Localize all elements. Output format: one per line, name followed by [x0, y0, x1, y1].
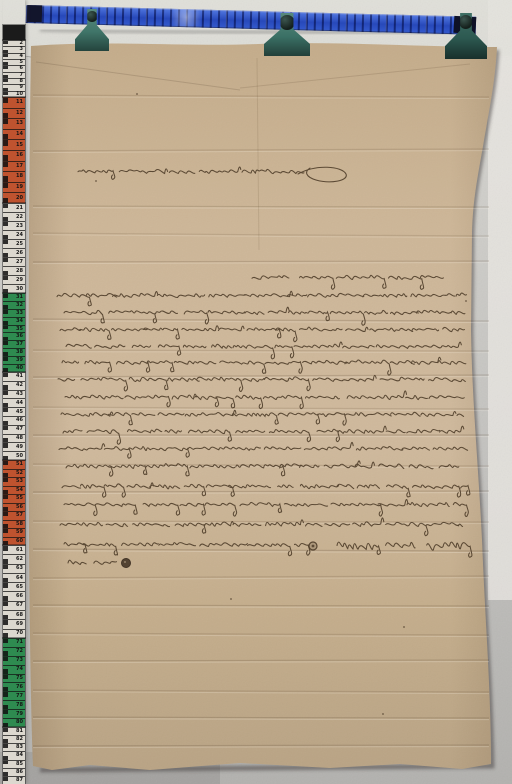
ruler-number: 48: [3, 434, 25, 443]
ruler-number: 21: [3, 203, 25, 212]
ruler-number: 23: [3, 221, 25, 230]
ruler-band: 2345678910: [3, 40, 25, 97]
ruler-number: 45: [3, 407, 25, 416]
ruler-number: 71: [3, 638, 25, 647]
ruler-number: 46: [3, 416, 25, 425]
ruler-number: 53: [3, 477, 25, 486]
ruler-number: 32: [3, 301, 25, 309]
ruler-number: 24: [3, 230, 25, 239]
paper-speck: [465, 300, 467, 302]
ruler-number: 18: [3, 171, 25, 182]
ruler-number: 10: [3, 91, 25, 97]
ruler-number: 11: [3, 97, 25, 108]
ruler-number: 74: [3, 665, 25, 674]
ruler-number: 78: [3, 700, 25, 709]
ruler-number: 40: [3, 364, 25, 372]
ruler-number: 55: [3, 494, 25, 503]
photo-scene: 2345678910111213141516171819202122232425…: [0, 0, 512, 784]
ruler-number: 77: [3, 691, 25, 700]
ruler-number: 63: [3, 564, 25, 573]
ruler-number: 58: [3, 520, 25, 529]
ruler-number: 67: [3, 601, 25, 610]
ruler-number: 15: [3, 139, 25, 150]
ruler-number: 60: [3, 537, 25, 546]
ruler-number: 59: [3, 528, 25, 537]
ruler-number: 65: [3, 582, 25, 591]
ruler-band: 11121314151617181920: [3, 97, 25, 203]
ruler-number: 80: [3, 718, 25, 727]
ruler-number: 75: [3, 674, 25, 683]
ruler-band: 21222324252627282930: [3, 203, 25, 293]
ruler-number: 68: [3, 610, 25, 619]
ruler-number: 31: [3, 293, 25, 301]
ruler-number: 28: [3, 266, 25, 275]
ruler-number: 37: [3, 340, 25, 348]
ruler-number: 79: [3, 709, 25, 718]
paper-speck: [382, 713, 384, 715]
clip-hole-icon: [280, 15, 295, 30]
paper-speck: [403, 626, 405, 628]
ruler-number: 47: [3, 425, 25, 434]
ruler-number: 43: [3, 390, 25, 399]
ruler-number: 14: [3, 129, 25, 140]
ruler-band: 81828384858687: [3, 727, 25, 784]
ruler-number: 44: [3, 398, 25, 407]
ruler-number: 29: [3, 275, 25, 284]
ruler-number: 86: [3, 768, 25, 776]
paper-speck: [136, 93, 138, 95]
clip-hole-icon: [87, 11, 98, 22]
ruler-number: 17: [3, 161, 25, 172]
ruler-number: 33: [3, 309, 25, 317]
ruler-number: 25: [3, 239, 25, 248]
ruler-number: 73: [3, 656, 25, 665]
ruler-number: 27: [3, 257, 25, 266]
ruler-number: 70: [3, 629, 25, 638]
ruler-number: 35: [3, 325, 25, 333]
ruler-number: 38: [3, 348, 25, 356]
ruler-number: 19: [3, 182, 25, 193]
ruler-number: 16: [3, 150, 25, 161]
ruler-number: 50: [3, 451, 25, 460]
ruler-number: 26: [3, 248, 25, 257]
clip-hole-icon: [459, 15, 472, 28]
ruler-number: 42: [3, 381, 25, 390]
ruler-number: 66: [3, 591, 25, 600]
ruler-number: 69: [3, 619, 25, 628]
ruler-number: 36: [3, 332, 25, 340]
ruler-number: 85: [3, 760, 25, 768]
ruler-number: 57: [3, 511, 25, 520]
ruler-number: 81: [3, 727, 25, 735]
ruler-band: 41424344454647484950: [3, 372, 25, 460]
ruler-number: 39: [3, 356, 25, 364]
ruler-number: 54: [3, 486, 25, 495]
ruler-number: 64: [3, 573, 25, 582]
ruler-band: [3, 25, 25, 40]
ruler-band: 51525354555657585960: [3, 460, 25, 545]
background-and-paper: [0, 0, 512, 784]
ruler-band: 61626364656667686970: [3, 545, 25, 638]
ruler-number: 34: [3, 317, 25, 325]
ruler-number: 49: [3, 442, 25, 451]
ruler-number: 41: [3, 372, 25, 381]
ruler-number: 13: [3, 118, 25, 129]
ruler-number: 84: [3, 751, 25, 759]
ruler-number: 12: [3, 108, 25, 119]
ruler-number: 20: [3, 192, 25, 203]
ruler-number: 62: [3, 554, 25, 563]
ruler-number: 30: [3, 284, 25, 293]
ruler-band: 71727374757677787980: [3, 638, 25, 727]
paper-speck: [95, 180, 97, 182]
tape-end-cap-left: [27, 5, 42, 22]
ruler-number: 76: [3, 682, 25, 691]
ruler-number: 61: [3, 545, 25, 554]
vertical-survey-ruler: 2345678910111213141516171819202122232425…: [3, 0, 25, 784]
ruler-number: 87: [3, 776, 25, 784]
ruler-number: 56: [3, 503, 25, 512]
ruler-number: 22: [3, 212, 25, 221]
ruler-number: 72: [3, 647, 25, 656]
ruler-band: 31323334353637383940: [3, 293, 25, 372]
ruler-number: 51: [3, 460, 25, 469]
paper-speck: [230, 598, 232, 600]
ruler-number: 82: [3, 735, 25, 743]
ruler-number: 83: [3, 743, 25, 751]
ruler-number: 52: [3, 469, 25, 478]
